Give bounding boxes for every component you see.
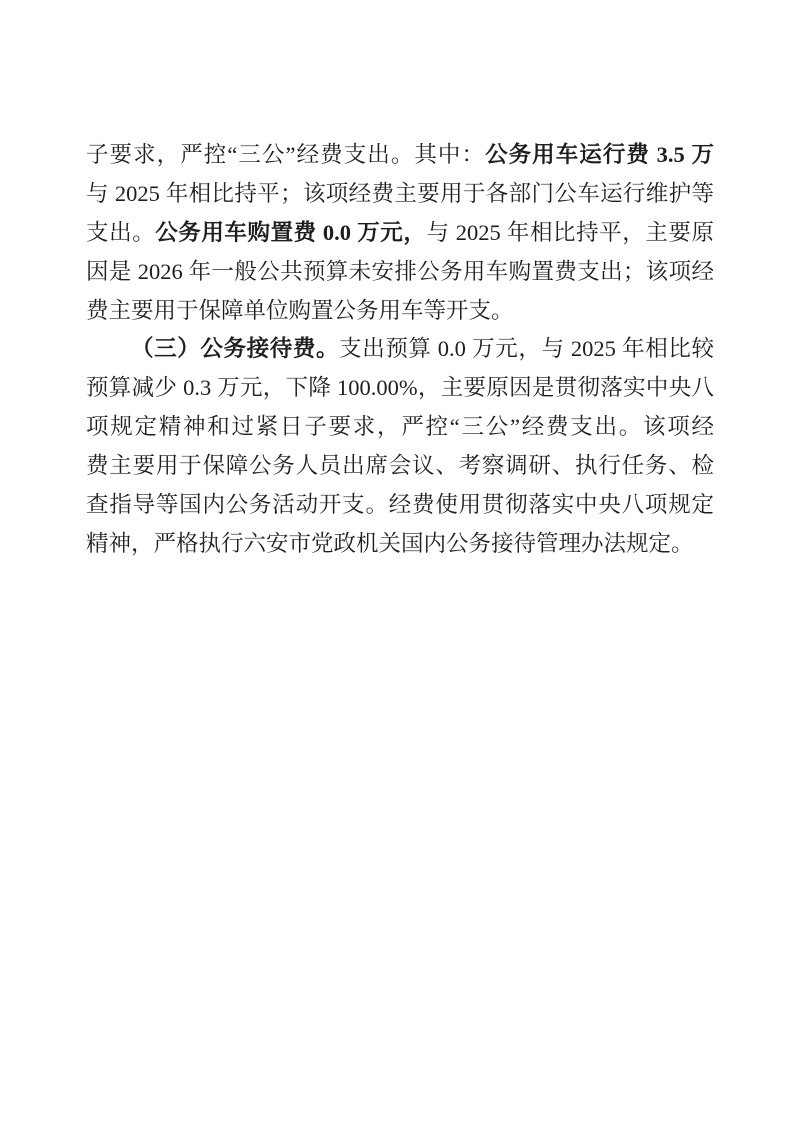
text-segment: 与 2025 年相比持平；该项经费主要用于各部门公车运行维护等 xyxy=(86,181,714,206)
text-segment: 项规定精神和过紧日子要求，严控“三公”经费支出。该项经 xyxy=(86,414,714,439)
text-segment: 费主要用于保障单位购置公务用车等开支。 xyxy=(86,298,514,323)
text-line-6: （三）公务接待费。支出预算 0.0 万元，与 2025 年相比较 xyxy=(86,330,714,369)
text-line-7: 预算减少 0.3 万元，下降 100.00%，主要原因是贯彻落实中央八 xyxy=(86,369,714,408)
text-line-4: 因是 2026 年一般公共预算未安排公务用车购置费支出；该项经 xyxy=(86,253,714,292)
text-line-9: 费主要用于保障公务人员出席会议、考察调研、执行任务、检 xyxy=(86,447,714,486)
text-segment: 子要求，严控“三公”经费支出。其中： xyxy=(86,142,485,167)
text-line-2: 与 2025 年相比持平；该项经费主要用于各部门公车运行维护等 xyxy=(86,175,714,214)
document-page: 子要求，严控“三公”经费支出。其中：公务用车运行费 3.5 万元，与 2025 … xyxy=(0,0,800,1131)
text-line-5: 费主要用于保障单位购置公务用车等开支。 xyxy=(86,292,714,331)
text-segment: 精神，严格执行六安市党政机关国内公务接待管理办法规定。 xyxy=(86,531,694,556)
text-segment: 预算减少 0.3 万元，下降 100.00%，主要原因是贯彻落实中央八 xyxy=(86,375,714,400)
text-segment: 支出。 xyxy=(86,220,155,245)
text-line-1: 子要求，严控“三公”经费支出。其中：公务用车运行费 3.5 万元， xyxy=(86,136,714,175)
text-segment: 与 2025 年相比持平，主要原 xyxy=(426,220,714,245)
text-line-10: 查指导等国内公务活动开支。经费使用贯彻落实中央八项规定 xyxy=(86,486,714,525)
text-segment: 因是 2026 年一般公共预算未安排公务用车购置费支出；该项经 xyxy=(86,259,714,284)
text-line-11: 精神，严格执行六安市党政机关国内公务接待管理办法规定。 xyxy=(86,525,714,564)
text-line-8: 项规定精神和过紧日子要求，严控“三公”经费支出。该项经 xyxy=(86,408,714,447)
text-line-3: 支出。公务用车购置费 0.0 万元，与 2025 年相比持平，主要原 xyxy=(86,214,714,253)
bold-text-segment: （三）公务接待费。 xyxy=(131,336,339,361)
text-segment: 费主要用于保障公务人员出席会议、考察调研、执行任务、检 xyxy=(86,453,714,478)
text-segment: 查指导等国内公务活动开支。经费使用贯彻落实中央八项规定 xyxy=(86,492,714,517)
text-segment: 支出预算 0.0 万元，与 2025 年相比较 xyxy=(339,336,714,361)
bold-text-segment: 公务用车购置费 0.0 万元， xyxy=(155,220,426,245)
document-text-block: 子要求，严控“三公”经费支出。其中：公务用车运行费 3.5 万元，与 2025 … xyxy=(86,136,714,564)
